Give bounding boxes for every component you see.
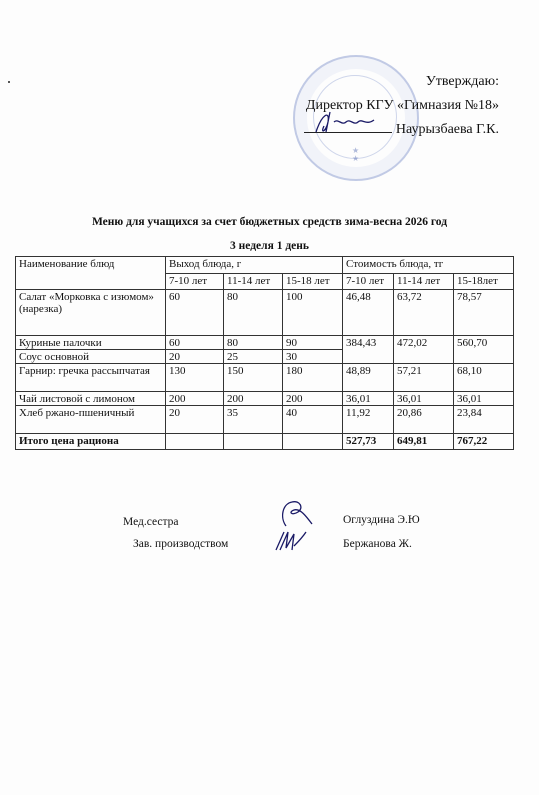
table-header-row: Наименование блюд Выход блюда, г Стоимос… [16, 257, 514, 274]
yield-cell: 60 [166, 290, 224, 336]
menu-table: Наименование блюд Выход блюда, г Стоимос… [15, 256, 514, 450]
signature-name: Бержанова Ж. [343, 538, 412, 550]
header-cost-age: 15-18лет [454, 274, 514, 290]
cost-cell: 384,43 [343, 336, 394, 364]
empty-cell [224, 434, 283, 450]
cost-cell: 472,02 [394, 336, 454, 364]
document-subtitle: 3 неделя 1 день [0, 240, 539, 252]
table-row: Салат «Морковка с изюмом» (нарезка) 60 8… [16, 290, 514, 336]
empty-cell [166, 434, 224, 450]
yield-cell: 25 [224, 350, 283, 364]
dish-name: Салат «Морковка с изюмом» (нарезка) [16, 290, 166, 336]
director-signature-line [304, 118, 392, 133]
header-cost-age: 7-10 лет [343, 274, 394, 290]
total-cost-cell: 767,22 [454, 434, 514, 450]
table-row: Хлеб ржано-пшеничный 20 35 40 11,92 20,8… [16, 406, 514, 434]
director-signature-icon [312, 108, 392, 136]
approval-block: Утверждаю: Директор КГУ «Гимназия №18» Н… [304, 70, 499, 142]
cost-cell: 68,10 [454, 364, 514, 392]
yield-cell: 20 [166, 406, 224, 434]
cost-cell: 36,01 [454, 392, 514, 406]
cost-cell: 46,48 [343, 290, 394, 336]
manager-signature-icon [270, 528, 310, 554]
total-label: Итого цена рациона [16, 434, 166, 450]
total-cost-cell: 527,73 [343, 434, 394, 450]
scan-speck [8, 81, 10, 83]
yield-cell: 40 [283, 406, 343, 434]
header-yield-age: 7-10 лет [166, 274, 224, 290]
signature-role: Зав. производством [133, 538, 228, 550]
nurse-signature-icon [278, 498, 318, 530]
cost-cell: 560,70 [454, 336, 514, 364]
cost-cell: 63,72 [394, 290, 454, 336]
table-row: Куриные палочки 60 80 90 384,43 472,02 5… [16, 336, 514, 350]
header-cost-age: 11-14 лет [394, 274, 454, 290]
yield-cell: 130 [166, 364, 224, 392]
yield-cell: 35 [224, 406, 283, 434]
cost-cell: 78,57 [454, 290, 514, 336]
yield-cell: 180 [283, 364, 343, 392]
table-row: Гарнир: гречка рассыпчатая 130 150 180 4… [16, 364, 514, 392]
yield-cell: 200 [283, 392, 343, 406]
total-cost-cell: 649,81 [394, 434, 454, 450]
header-cost: Стоимость блюда, тг [343, 257, 514, 274]
header-dish-name: Наименование блюд [16, 257, 166, 290]
yield-cell: 150 [224, 364, 283, 392]
yield-cell: 90 [283, 336, 343, 350]
document-title: Меню для учащихся за счет бюджетных сред… [0, 216, 539, 228]
empty-cell [283, 434, 343, 450]
header-yield-age: 11-14 лет [224, 274, 283, 290]
yield-cell: 200 [224, 392, 283, 406]
dish-name: Соус основной [16, 350, 166, 364]
yield-cell: 80 [224, 290, 283, 336]
signature-name: Оглуздина Э.Ю [343, 514, 420, 526]
yield-cell: 20 [166, 350, 224, 364]
director-name: Наурызбаева Г.К. [396, 122, 499, 137]
table-row: Чай листовой с лимоном 200 200 200 36,01… [16, 392, 514, 406]
yield-cell: 200 [166, 392, 224, 406]
dish-name: Хлеб ржано-пшеничный [16, 406, 166, 434]
dish-name: Куриные палочки [16, 336, 166, 350]
approval-heading: Утверждаю: [304, 70, 499, 94]
approval-signature-row: Наурызбаева Г.К. [304, 118, 499, 142]
yield-cell: 30 [283, 350, 343, 364]
table-total-row: Итого цена рациона 527,73 649,81 767,22 [16, 434, 514, 450]
cost-cell: 36,01 [394, 392, 454, 406]
cost-cell: 48,89 [343, 364, 394, 392]
cost-cell: 23,84 [454, 406, 514, 434]
cost-cell: 57,21 [394, 364, 454, 392]
header-yield-age: 15-18 лет [283, 274, 343, 290]
dish-name: Гарнир: гречка рассыпчатая [16, 364, 166, 392]
yield-cell: 100 [283, 290, 343, 336]
yield-cell: 80 [224, 336, 283, 350]
dish-name: Чай листовой с лимоном [16, 392, 166, 406]
cost-cell: 20,86 [394, 406, 454, 434]
cost-cell: 11,92 [343, 406, 394, 434]
signature-role: Мед.сестра [123, 516, 179, 528]
yield-cell: 60 [166, 336, 224, 350]
header-yield: Выход блюда, г [166, 257, 343, 274]
stamp-star-icon: ★★ [352, 147, 359, 163]
cost-cell: 36,01 [343, 392, 394, 406]
